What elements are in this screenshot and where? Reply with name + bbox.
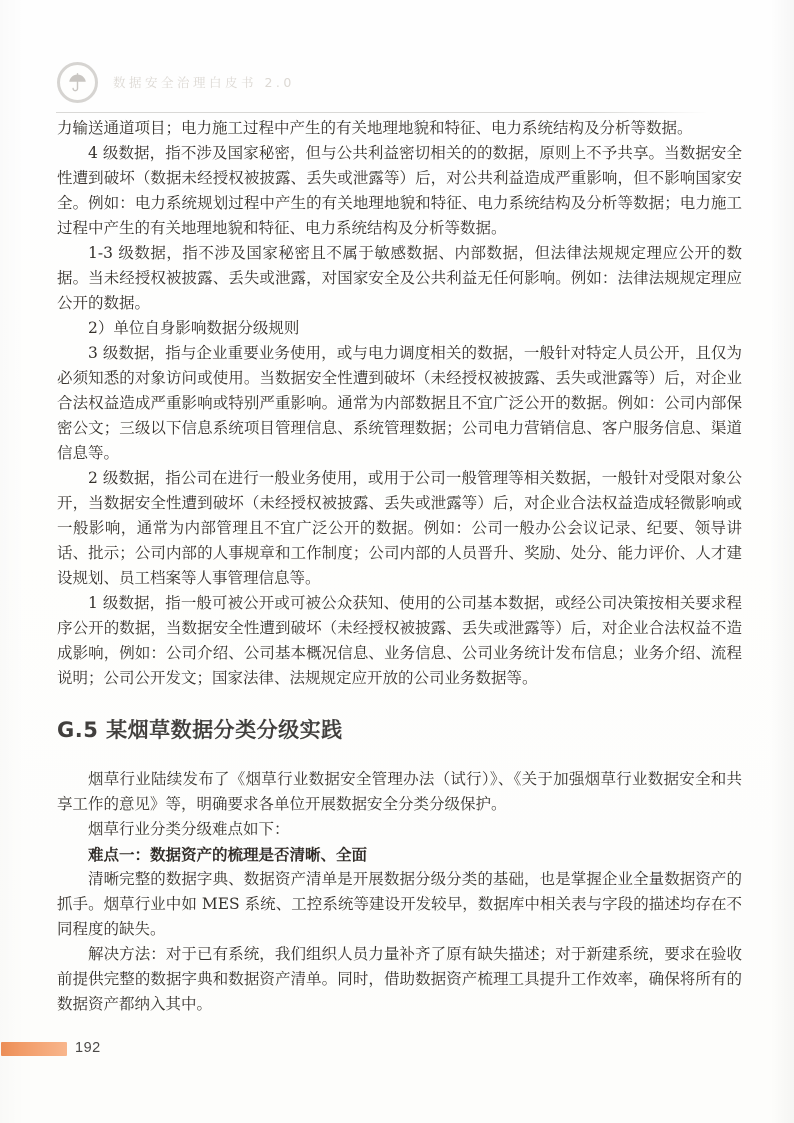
page-content: 力输送通道项目；电力施工过程中产生的有关地理地貌和特征、电力系统结构及分析等数据… [57,116,742,1017]
body-paragraph-tobacco-intro: 烟草行业陆续发布了《烟草行业数据安全管理办法（试行）》、《关于加强烟草行业数据安… [57,767,742,817]
document-page: 数据安全治理白皮书 2.0 力输送通道项目；电力施工过程中产生的有关地理地貌和特… [0,0,794,1123]
brand-logo [57,62,98,103]
section-heading-g5: G.5 某烟草数据分类分级实践 [57,717,742,743]
body-paragraph-rule-label: 2）单位自身影响数据分级规则 [57,316,742,341]
body-paragraph-level4: 4 级数据，指不涉及国家秘密，但与公共利益密切相关的的数据，原则上不予共享。当数… [57,141,742,241]
page-number: 192 [75,1040,101,1056]
body-paragraph-continuation: 力输送通道项目；电力施工过程中产生的有关地理地貌和特征、电力系统结构及分析等数据… [57,116,742,141]
body-paragraph-level3: 3 级数据，指与企业重要业务使用，或与电力调度相关的数据，一般针对特定人员公开，… [57,341,742,466]
body-paragraph-level1: 1 级数据，指一般可被公开或可被公众获知、使用的公司基本数据，或经公司决策按相关… [57,591,742,691]
body-paragraph-difficulty-lead: 烟草行业分类分级难点如下： [57,817,742,842]
header-divider [56,112,708,113]
body-paragraph-level2: 2 级数据，指公司在进行一般业务使用，或用于公司一般管理等相关数据，一般针对受限… [57,466,742,591]
body-paragraph-difficulty-detail: 清晰完整的数据字典、数据资产清单是开展数据分级分类的基础，也是掌握企业全量数据资… [57,867,742,942]
body-paragraph-solution: 解决方法：对于已有系统，我们组织人员力量补齐了原有缺失描述；对于新建系统，要求在… [57,942,742,1017]
brand-text: 数据安全治理白皮书 2.0 [113,73,295,91]
subheading-difficulty-one: 难点一：数据资产的梳理是否清晰、全面 [57,842,742,867]
page-accent-bar [1,1042,67,1056]
page-header: 数据安全治理白皮书 2.0 [57,60,717,104]
body-paragraph-level1to3: 1-3 级数据，指不涉及国家秘密且不属于敏感数据、内部数据，但法律法规规定理应公… [57,241,742,316]
umbrella-icon [66,71,89,94]
